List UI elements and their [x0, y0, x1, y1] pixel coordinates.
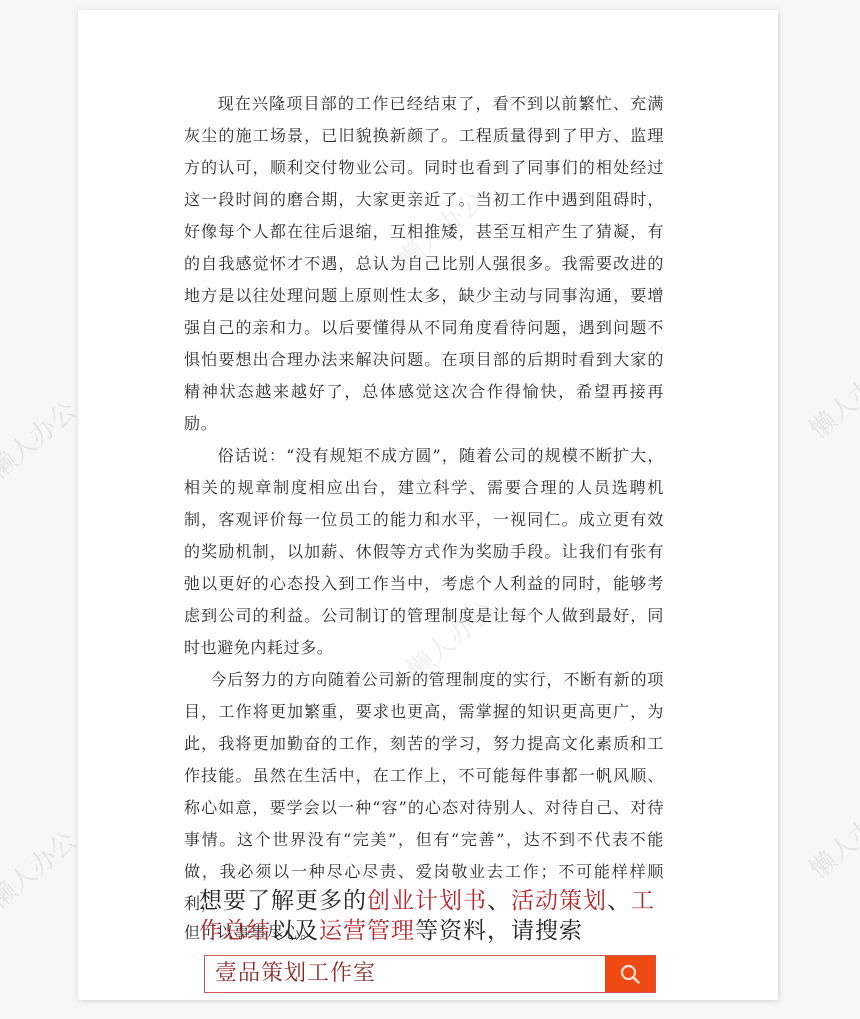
promo-keyword-event-planning: 活动策划: [511, 888, 607, 914]
watermark: 懒人办公: [0, 391, 84, 486]
search-input[interactable]: [205, 956, 605, 992]
paragraph: 现在兴隆项目部的工作已经结束了，看不到以前繁忙、充满灰尘的施工场景，已旧貌换新颜…: [184, 88, 664, 440]
watermark: 懒人办公: [800, 791, 860, 886]
document-body: 现在兴隆项目部的工作已经结束了，看不到以前繁忙、充满灰尘的施工场景，已旧貌换新颜…: [184, 88, 664, 946]
watermark: 懒人办公: [0, 821, 84, 916]
paragraph: 今后努力的方向随着公司新的管理制度的实行，不断有新的项目，工作将更加繁重，要求也…: [184, 664, 664, 920]
promo-text: 等资料，请搜索: [415, 918, 583, 944]
promo-keyword-business-plan: 创业计划书: [367, 888, 487, 914]
search-box: [204, 955, 656, 993]
paragraph: 俗话说：“没有规矩不成方圆”，随着公司的规模不断扩大，相关的规章制度相应出台，建…: [184, 440, 664, 664]
promo-text: 、: [607, 888, 631, 914]
document-page: 懒人办公 懒人办公 现在兴隆项目部的工作已经结束了，看不到以前繁忙、充满灰尘的施…: [78, 10, 778, 1000]
promo-text: 、: [487, 888, 511, 914]
search-button[interactable]: [605, 956, 655, 992]
promo-keyword-operations: 运营管理: [319, 918, 415, 944]
promo-text: 想要了解更多的: [199, 888, 367, 914]
document-viewer: 懒人办公 懒人办公 懒人办公 懒人办公 懒人办公 懒人办公 现在兴隆项目部的工作…: [0, 0, 860, 1019]
watermark: 懒人办公: [800, 351, 860, 446]
promo-banner: 想要了解更多的创业计划书、活动策划、工作总结以及运营管理等资料，请搜索: [199, 886, 669, 946]
search-icon: [619, 963, 641, 985]
promo-text: 以及: [271, 918, 319, 944]
